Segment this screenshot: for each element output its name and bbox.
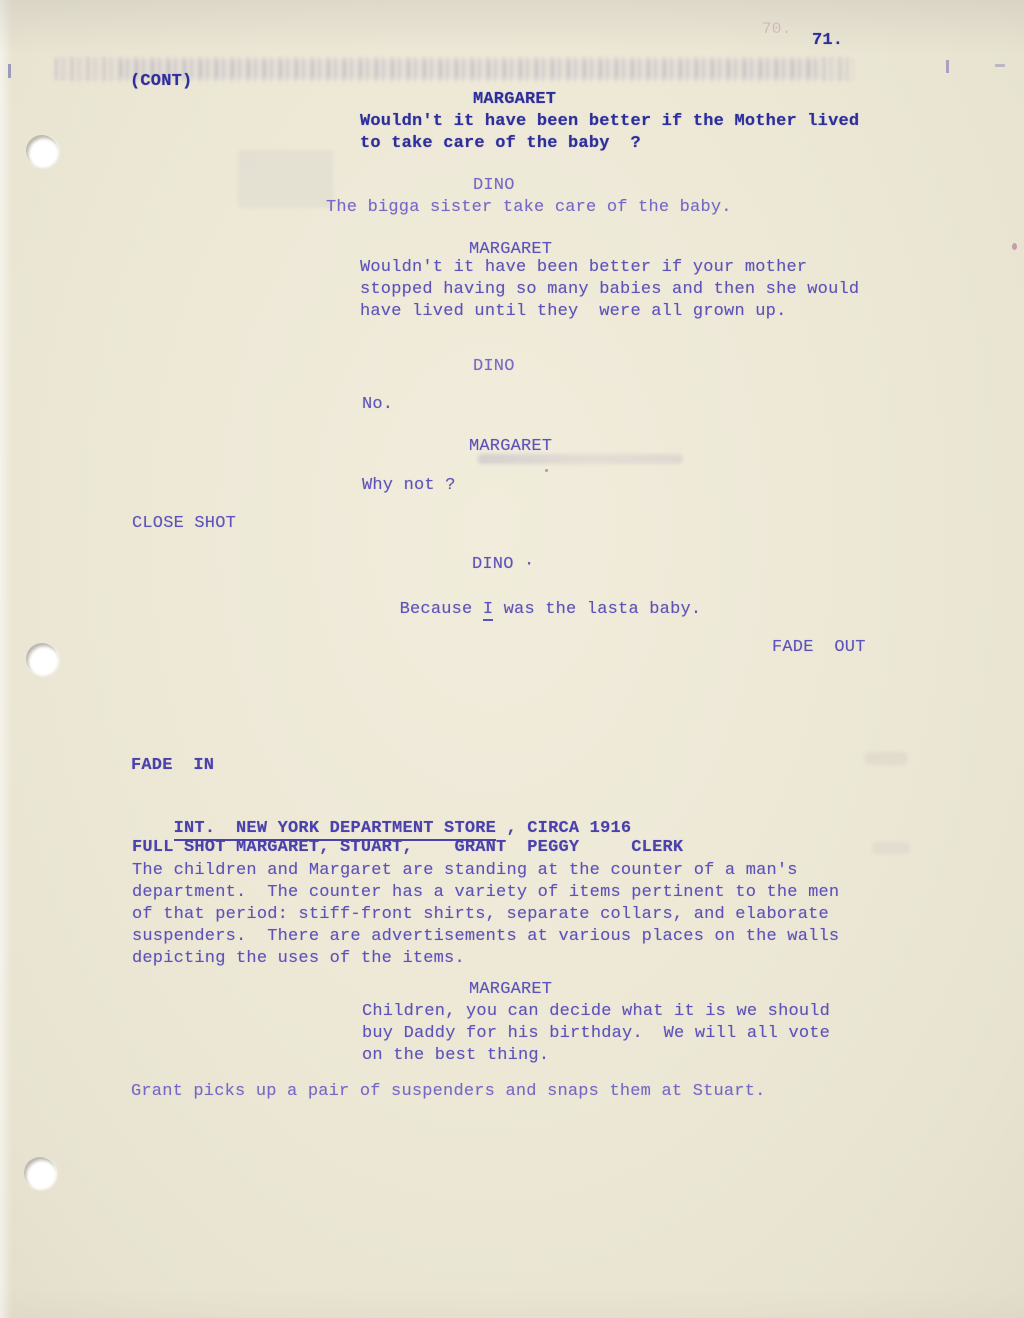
dialogue-dino-3: Because I was the lasta baby. — [358, 577, 701, 643]
cont-marker: (CONT) — [130, 71, 192, 93]
ink-fleck — [946, 60, 949, 73]
transition-fade-out: FADE OUT — [772, 637, 866, 659]
ghost-page-number: 70. — [762, 18, 791, 40]
character-cue-margaret-1: MARGARET — [473, 89, 556, 111]
dialogue-margaret-4: Children, you can decide what it is we s… — [362, 1001, 830, 1067]
dialogue-margaret-1: Wouldn't it have been better if the Moth… — [360, 111, 859, 155]
dialogue-margaret-2: Wouldn't it have been better if your mot… — [360, 257, 859, 323]
ink-dot — [545, 469, 548, 472]
ink-dot — [1012, 243, 1017, 250]
punch-hole-bottom — [24, 1157, 56, 1189]
smudge-mark — [238, 150, 333, 208]
ink-fleck — [995, 64, 1005, 67]
smudge-mark — [865, 752, 907, 765]
character-cue-dino-1: DINO — [473, 175, 515, 197]
action-line: Grant picks up a pair of suspenders and … — [131, 1081, 766, 1103]
character-cue-margaret-4: MARGARET — [469, 979, 552, 1001]
scene-heading-rest: , CIRCA 1916 — [496, 819, 631, 838]
dialogue-margaret-3: Why not ? — [362, 475, 456, 497]
character-cue-dino-2: DINO — [473, 356, 515, 378]
punch-hole-top — [26, 135, 58, 167]
shot-line: FULL SHOT MARGARET, STUART, GRANT PEGGY … — [132, 837, 683, 859]
underlined-word: I — [483, 600, 493, 621]
smudge-mark — [872, 842, 910, 854]
dialogue-dino-1: The bigga sister take care of the baby. — [326, 197, 732, 219]
dialogue-text: was the lasta baby. — [493, 600, 701, 619]
page-number: 71. — [812, 30, 843, 52]
character-cue-dino-3: DINO · — [472, 554, 534, 576]
slug-close-shot: CLOSE SHOT — [132, 513, 236, 535]
dialogue-dino-2: No. — [362, 394, 393, 416]
punch-hole-middle — [26, 643, 58, 675]
smudge-mark — [478, 454, 683, 464]
script-page: 70. 71. (CONT) MARGARET Wouldn't it have… — [0, 0, 1024, 1318]
ghost-text-band-echo — [120, 61, 820, 77]
transition-fade-in: FADE IN — [131, 755, 214, 777]
action-paragraph: The children and Margaret are standing a… — [132, 860, 839, 970]
dialogue-text: Because — [400, 600, 483, 619]
ink-fleck — [8, 64, 11, 78]
